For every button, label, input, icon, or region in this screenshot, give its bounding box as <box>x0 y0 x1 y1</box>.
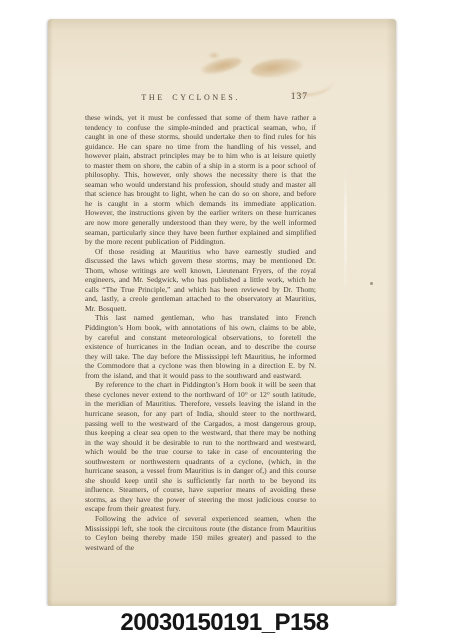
paper-speck <box>370 282 373 285</box>
running-head: THE CYCLONES. 137 <box>85 92 316 106</box>
paragraph-text: to find rules for his guidance. He can s… <box>85 132 316 246</box>
catalog-id-label: 20030150191_P158 <box>120 609 328 637</box>
chapter-title: THE CYCLONES. <box>141 93 240 102</box>
book-page: THE CYCLONES. 137 these winds, yet it mu… <box>48 19 396 606</box>
scanned-book-photo: { "scan": { "label": "20030150191_P158" … <box>0 0 449 640</box>
paragraph: these winds, yet it must be confessed th… <box>85 113 316 247</box>
paper-stain <box>199 54 243 77</box>
paragraph: This last named gentleman, who has trans… <box>85 313 316 380</box>
page-number: 137 <box>291 92 308 102</box>
paragraph-italic-word: then <box>238 132 251 141</box>
paragraph: Following the advice of several experien… <box>85 514 316 552</box>
body-text: these winds, yet it must be confessed th… <box>85 113 316 552</box>
page-content: THE CYCLONES. 137 these winds, yet it mu… <box>85 92 316 552</box>
paragraph: By reference to the chart in Piddington’… <box>85 380 316 514</box>
paper-stain <box>208 52 220 59</box>
paper-crease <box>344 169 347 299</box>
paragraph: Of those residing at Mauritius who have … <box>85 247 316 314</box>
catalog-id-strip: 20030150191_P158 <box>0 606 449 640</box>
